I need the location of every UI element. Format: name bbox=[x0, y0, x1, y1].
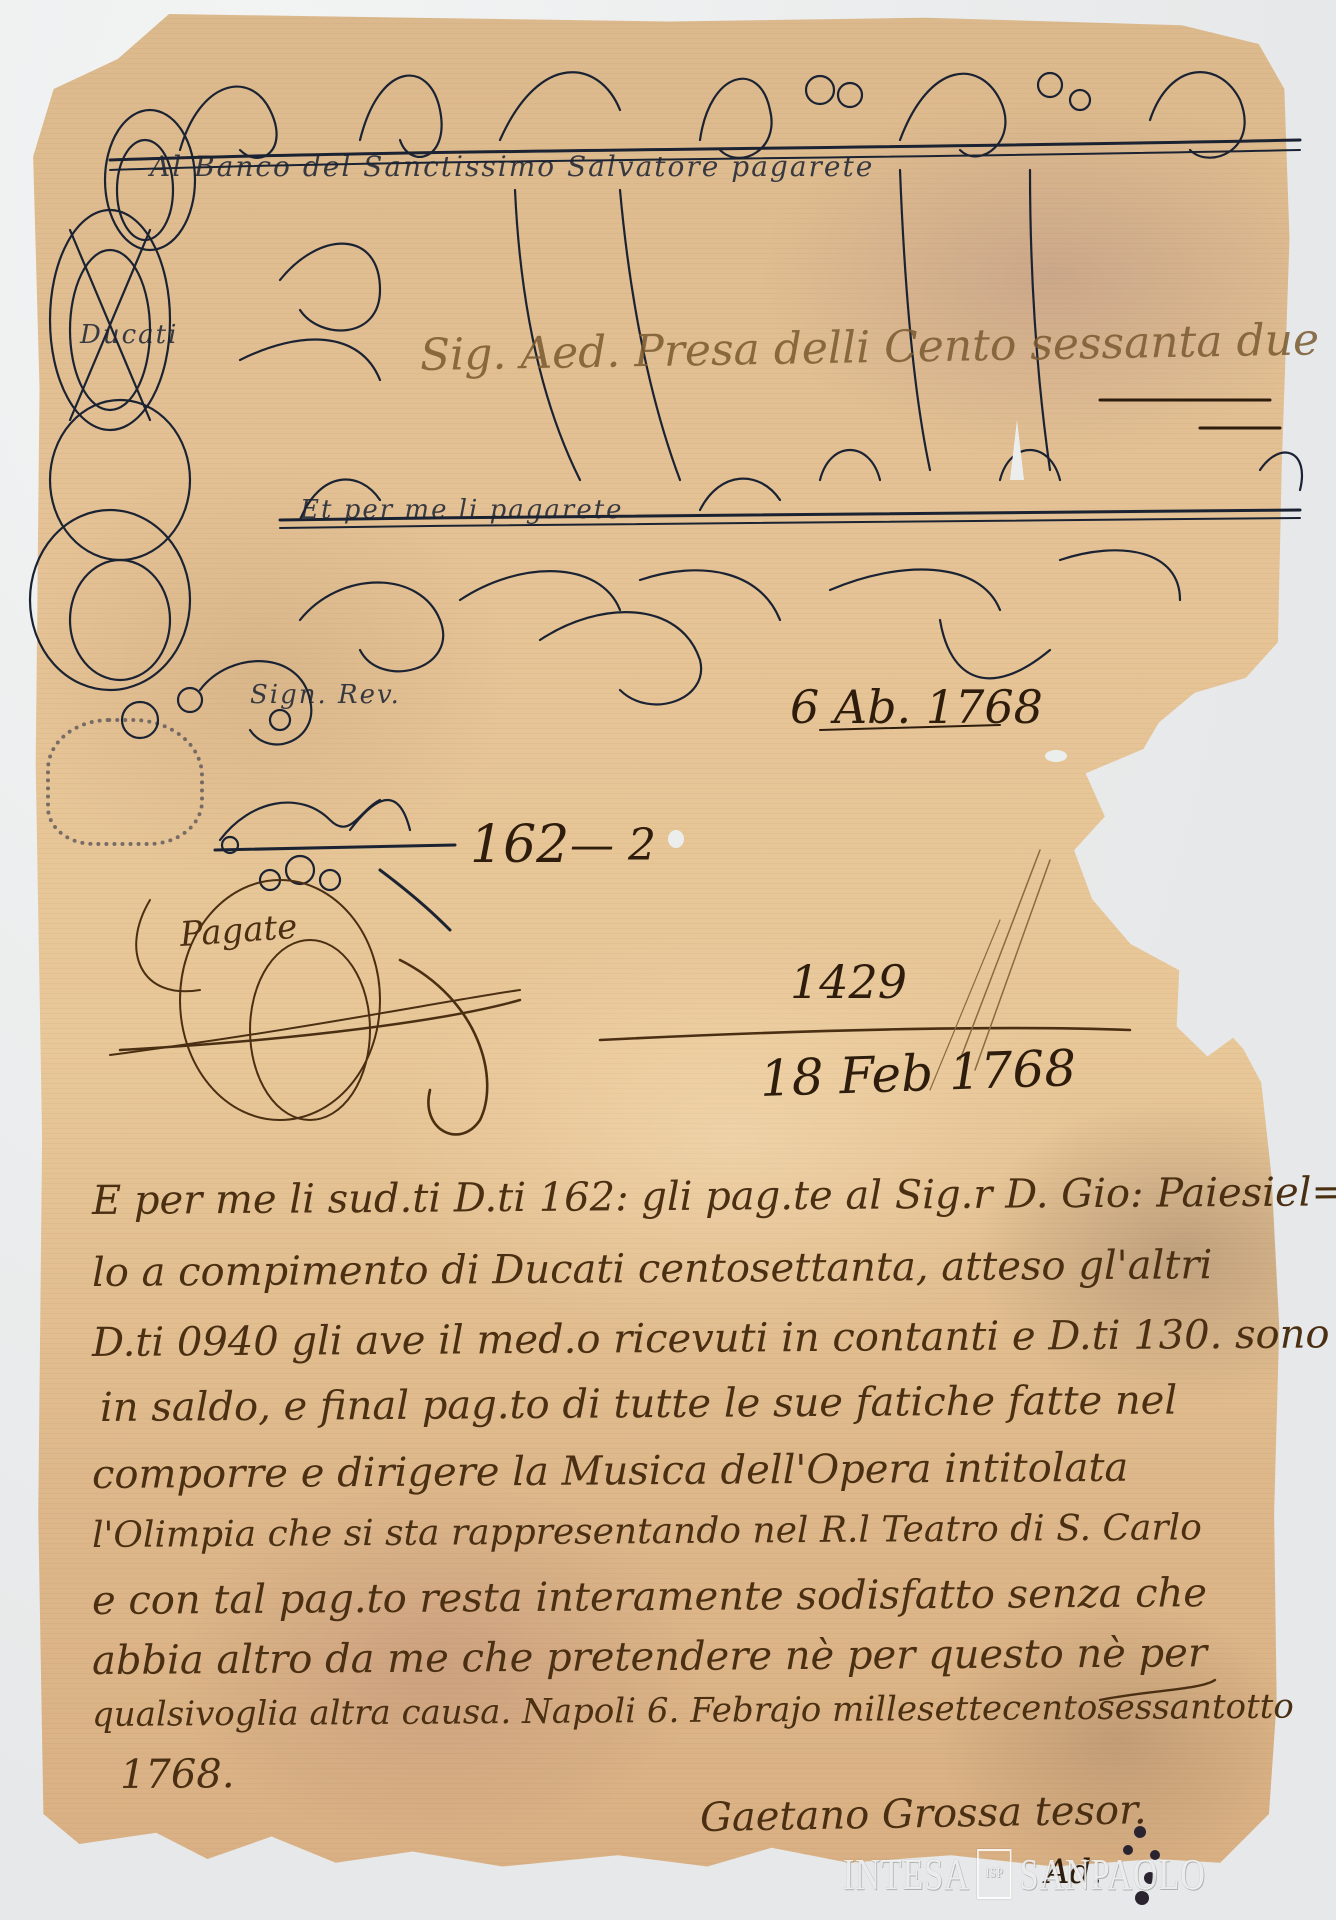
seal-stamp bbox=[46, 718, 204, 846]
form-date: 6 Ab. 1768 bbox=[790, 680, 1043, 734]
paper-hole bbox=[1045, 750, 1067, 762]
paid-mark: Pagate bbox=[179, 907, 299, 955]
reference-number: 1429 bbox=[790, 955, 907, 1009]
body-line: comporre e dirigere la Musica dell'Opera… bbox=[92, 1445, 1129, 1498]
body-line: in saldo, e final pag.to di tutte le sue… bbox=[100, 1377, 1178, 1431]
body-line: E per me li sud.ti D.ti 162: gli pag.te … bbox=[92, 1169, 1336, 1224]
printed-header-line3: Ducati bbox=[80, 320, 178, 350]
body-line: 1768. bbox=[120, 1751, 235, 1798]
amount-figure: 162 bbox=[470, 815, 569, 875]
entry-date: 18 Feb 1768 bbox=[759, 1039, 1077, 1108]
body-line: abbia altro da me che pretendere nè per … bbox=[92, 1630, 1207, 1684]
body-line: D.ti 0940 gli ave il med.o ricevuti in c… bbox=[92, 1311, 1330, 1366]
watermark-left-text: INTESA bbox=[843, 1849, 970, 1900]
signature: Gaetano Grossa tesor. bbox=[700, 1787, 1147, 1841]
printed-header-line4: Et per me li pagarete bbox=[300, 495, 624, 525]
publisher-watermark: INTESA ISP SANPAOLO bbox=[843, 1850, 1206, 1898]
printed-header-line1: Al Banco del Sanctissimo Salvatore pagar… bbox=[150, 150, 874, 183]
body-line: l'Olimpia che si sta rappresentando nel … bbox=[92, 1507, 1202, 1556]
body-line: lo a compimento di Ducati centosettanta,… bbox=[92, 1242, 1213, 1296]
watermark-right-text: SANPAOLO bbox=[1020, 1849, 1206, 1900]
body-line: qualsivoglia altra causa. Napoli 6. Febr… bbox=[92, 1687, 1294, 1735]
printed-header-line5: Sign. Rev. bbox=[250, 680, 401, 710]
amount-suffix: — 2 bbox=[570, 820, 656, 871]
body-line: e con tal pag.to resta interamente sodis… bbox=[92, 1570, 1207, 1624]
paper-hole bbox=[668, 830, 684, 848]
bank-logo-icon: ISP bbox=[978, 1849, 1012, 1899]
